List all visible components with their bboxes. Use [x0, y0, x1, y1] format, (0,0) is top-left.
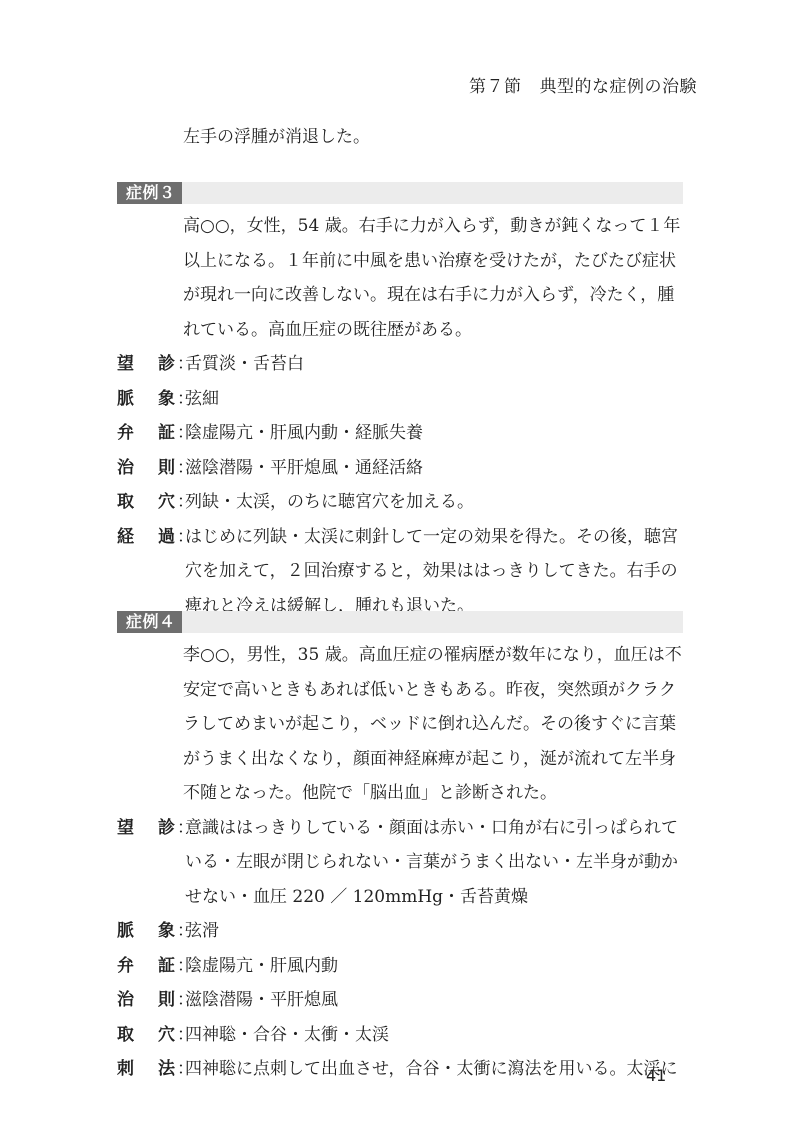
case-label: 症例４ [117, 611, 182, 633]
field-inspection: 望診 ： 意識ははっきりしている・顔面は赤い・口角が右に引っぱられている・左眼が… [117, 811, 683, 915]
field-key: 脈象 [117, 382, 177, 417]
field-value: 意識ははっきりしている・顔面は赤い・口角が右に引っぱられている・左眼が閉じられな… [185, 811, 683, 915]
carry-over-text: 左手の浮腫が消退した。 [183, 122, 370, 147]
field-key: 弁証 [117, 416, 177, 451]
section-number: 第７節 [469, 77, 522, 97]
field-progress: 経過 ： はじめに列缺・太渓に刺針して一定の効果を得た。その後，聴宮穴を加えて，… [117, 520, 683, 624]
field-value: 弦細 [185, 382, 683, 417]
field-key: 治則 [117, 983, 177, 1018]
field-inspection: 望診 ： 舌質淡・舌苔白 [117, 347, 683, 382]
field-key: 取穴 [117, 485, 177, 520]
case-4: 症例４ 李○○，男性，35 歳。高血圧症の罹病歴が数年になり，血圧は不安定で高い… [117, 611, 683, 1087]
running-head: 第７節典型的な症例の治験 [469, 72, 697, 97]
field-treatment-principle: 治則 ： 滋陰潜陽・平肝熄風 [117, 983, 683, 1018]
field-value: はじめに列缺・太渓に刺針して一定の効果を得た。その後，聴宮穴を加えて，２回治療す… [185, 520, 683, 624]
case-3: 症例３ 高○○，女性，54 歳。右手に力が入らず，動きが鈍くなって１年以上になる… [117, 182, 683, 623]
field-value: 滋陰潜陽・平肝熄風 [185, 983, 683, 1018]
field-key: 刺法 [117, 1052, 177, 1087]
field-value: 四神聡・合谷・太衝・太渓 [185, 1018, 683, 1053]
case-description: 李○○，男性，35 歳。高血圧症の罹病歴が数年になり，血圧は不安定で高いときもあ… [183, 638, 683, 811]
field-acupoints: 取穴 ： 列缺・太渓，のちに聴宮穴を加える。 [117, 485, 683, 520]
field-key: 取穴 [117, 1018, 177, 1053]
field-acupoints: 取穴 ： 四神聡・合谷・太衝・太渓 [117, 1018, 683, 1053]
field-key: 経過 [117, 520, 177, 624]
field-diagnosis: 弁証 ： 陰虚陽亢・肝風内動・経脈失養 [117, 416, 683, 451]
field-treatment-principle: 治則 ： 滋陰潜陽・平肝熄風・通経活絡 [117, 451, 683, 486]
page-number: 41 [646, 1066, 666, 1085]
field-value: 四神聡に点刺して出血させ，合谷・太衝に瀉法を用いる。太渓に [185, 1052, 683, 1087]
field-key: 望診 [117, 811, 177, 915]
field-value: 弦滑 [185, 914, 683, 949]
field-value: 陰虚陽亢・肝風内動 [185, 949, 683, 984]
field-key: 脈象 [117, 914, 177, 949]
field-key: 望診 [117, 347, 177, 382]
field-needling-method: 刺法 ： 四神聡に点刺して出血させ，合谷・太衝に瀉法を用いる。太渓に [117, 1052, 683, 1087]
case-header-bar: 症例４ [117, 611, 683, 633]
field-key: 弁証 [117, 949, 177, 984]
field-value: 陰虚陽亢・肝風内動・経脈失養 [185, 416, 683, 451]
field-pulse: 脈象 ： 弦細 [117, 382, 683, 417]
field-key: 治則 [117, 451, 177, 486]
case-header-bar: 症例３ [117, 182, 683, 204]
case-description: 高○○，女性，54 歳。右手に力が入らず，動きが鈍くなって１年以上になる。１年前… [183, 209, 683, 347]
field-diagnosis: 弁証 ： 陰虚陽亢・肝風内動 [117, 949, 683, 984]
field-value: 滋陰潜陽・平肝熄風・通経活絡 [185, 451, 683, 486]
field-pulse: 脈象 ： 弦滑 [117, 914, 683, 949]
case-label: 症例３ [117, 182, 182, 204]
field-value: 舌質淡・舌苔白 [185, 347, 683, 382]
field-value: 列缺・太渓，のちに聴宮穴を加える。 [185, 485, 683, 520]
section-title: 典型的な症例の治験 [540, 77, 698, 97]
